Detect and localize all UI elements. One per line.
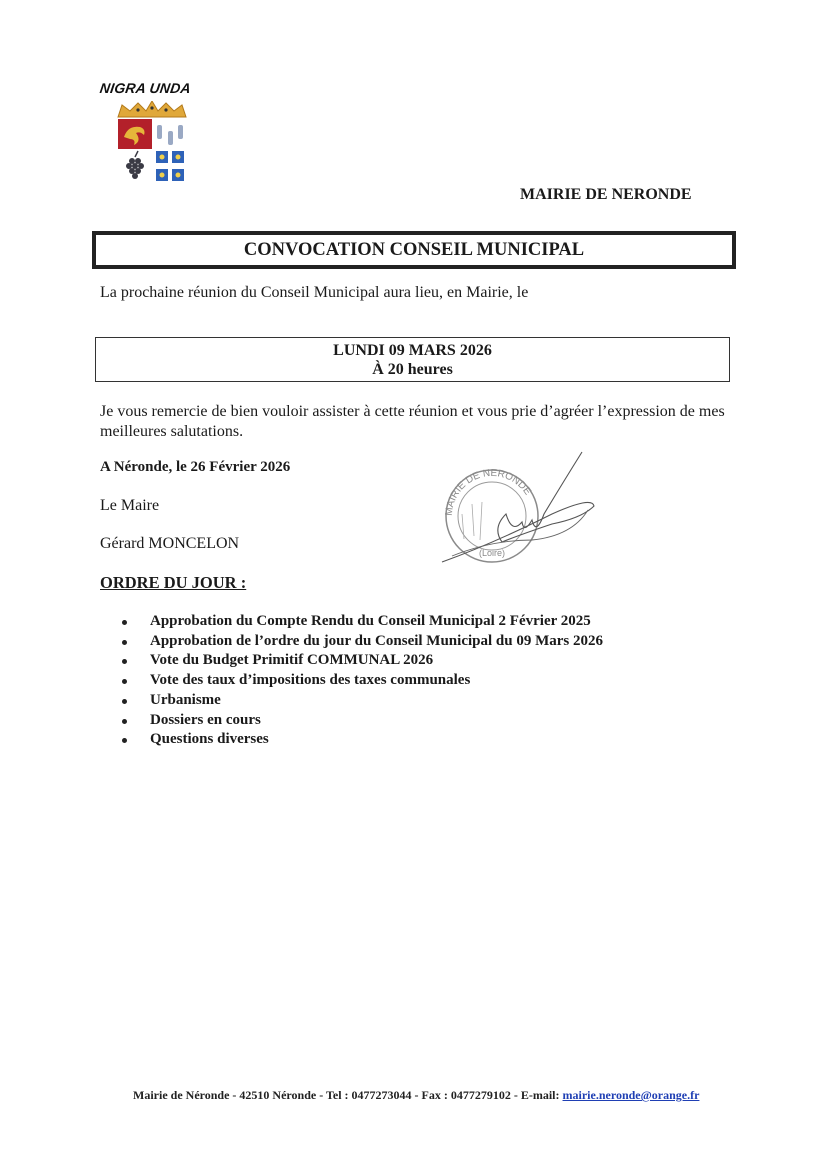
agenda-item-text: Dossiers en cours bbox=[150, 712, 261, 728]
agenda-item-text: Vote du Budget Primitif COMMUNAL 2026 bbox=[150, 652, 433, 668]
agenda-item-text: Approbation de l’ordre du jour du Consei… bbox=[150, 633, 603, 649]
closing-text: Je vous remercie de bien vouloir assiste… bbox=[100, 402, 740, 442]
document-title-box: CONVOCATION CONSEIL MUNICIPAL bbox=[92, 231, 736, 269]
bullet-icon bbox=[122, 699, 127, 704]
agenda-item: Vote des taux d’impositions des taxes co… bbox=[118, 671, 603, 691]
organization-name: MAIRIE DE NERONDE bbox=[520, 186, 692, 204]
intro-text: La prochaine réunion du Conseil Municipa… bbox=[100, 284, 528, 302]
svg-text:MAIRIE DE NERONDE: MAIRIE DE NERONDE bbox=[444, 468, 533, 516]
agenda-item-text: Questions diverses bbox=[150, 731, 269, 747]
footer-contact: Mairie de Néronde - 42510 Néronde - Tel … bbox=[133, 1088, 563, 1102]
signatory-role: Le Maire bbox=[100, 497, 159, 515]
bullet-icon bbox=[122, 640, 127, 645]
official-stamp-signature-icon: MAIRIE DE NERONDE (Loire) bbox=[432, 444, 602, 574]
agenda-item: Questions diverses bbox=[118, 730, 603, 750]
bullet-icon bbox=[122, 620, 127, 625]
agenda-item: Approbation du Compte Rendu du Conseil M… bbox=[118, 612, 603, 632]
agenda-list: Approbation du Compte Rendu du Conseil M… bbox=[118, 612, 603, 750]
bullet-icon bbox=[122, 659, 127, 664]
agenda-item-text: Approbation du Compte Rendu du Conseil M… bbox=[150, 613, 591, 629]
agenda-item-text: Urbanisme bbox=[150, 692, 221, 708]
agenda-title: ORDRE DU JOUR : bbox=[100, 573, 246, 593]
meeting-date-box: LUNDI 09 MARS 2026 À 20 heures bbox=[95, 337, 730, 382]
agenda-item: Dossiers en cours bbox=[118, 711, 603, 731]
stamp-subtext: (Loire) bbox=[479, 548, 505, 558]
agenda-item: Approbation de l’ordre du jour du Consei… bbox=[118, 632, 603, 652]
bullet-icon bbox=[122, 738, 127, 743]
footer: Mairie de Néronde - 42510 Néronde - Tel … bbox=[133, 1088, 699, 1103]
footer-email-link[interactable]: mairie.neronde@orange.fr bbox=[563, 1088, 700, 1102]
agenda-item-text: Vote des taux d’impositions des taxes co… bbox=[150, 672, 470, 688]
coat-of-arms-icon bbox=[112, 101, 192, 189]
meeting-date: LUNDI 09 MARS 2026 bbox=[96, 341, 729, 360]
place-and-date: A Néronde, le 26 Février 2026 bbox=[100, 459, 290, 476]
meeting-time: À 20 heures bbox=[96, 360, 729, 379]
agenda-item: Urbanisme bbox=[118, 691, 603, 711]
signatory-name: Gérard MONCELON bbox=[100, 535, 239, 553]
motto: NIGRA UNDA bbox=[99, 80, 192, 96]
bullet-icon bbox=[122, 719, 127, 724]
document-title: CONVOCATION CONSEIL MUNICIPAL bbox=[244, 240, 584, 261]
bullet-icon bbox=[122, 679, 127, 684]
stamp-text: MAIRIE DE NERONDE bbox=[444, 468, 533, 516]
agenda-item: Vote du Budget Primitif COMMUNAL 2026 bbox=[118, 651, 603, 671]
